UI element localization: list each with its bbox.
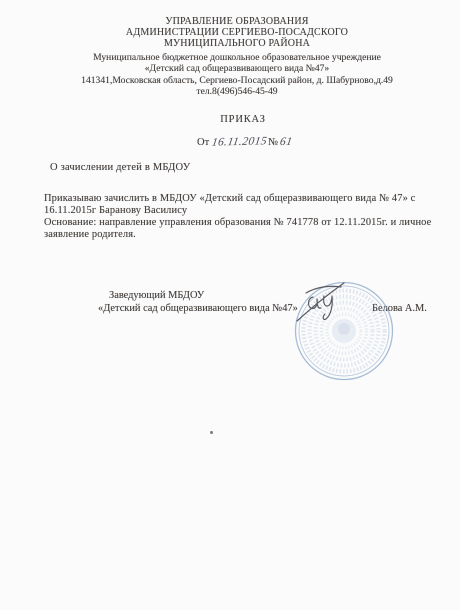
org-header: УПРАВЛЕНИЕ ОБРАЗОВАНИЯ АДМИНИСТРАЦИИ СЕР… xyxy=(14,16,460,49)
order-body-line: заявление родителя. xyxy=(44,229,431,241)
org-name-line: МУНИЦИПАЛЬНОГО РАЙОНА xyxy=(14,38,460,49)
institution-address-line: 141341,Московская область, Сергиево-Поса… xyxy=(14,75,460,86)
order-date-line: От16.11.2015№61 xyxy=(197,136,292,148)
date-prefix-label: От xyxy=(197,137,209,148)
institution-type-line: Муниципальное бюджетное дошкольное образ… xyxy=(14,52,460,63)
signer-institution-line: «Детский сад общеразвивающего вида №47» xyxy=(98,303,298,314)
institution-header: Муниципальное бюджетное дошкольное образ… xyxy=(14,52,460,97)
institution-phone-line: тел.8(496)546-45-49 xyxy=(14,86,460,97)
handwritten-order-number: 61 xyxy=(279,136,293,148)
order-body: Приказываю зачислить в МБДОУ «Детский са… xyxy=(44,193,431,241)
document-page: УПРАВЛЕНИЕ ОБРАЗОВАНИЯ АДМИНИСТРАЦИИ СЕР… xyxy=(0,0,460,610)
order-subject: О зачислении детей в МБДОУ xyxy=(50,162,190,173)
ink-dot xyxy=(210,431,213,434)
org-name-line: АДМИНИСТРАЦИИ СЕРГИЕВО-ПОСАДСКОГО xyxy=(14,27,460,38)
order-body-line: 16.11.2015г Баранову Василису xyxy=(44,205,431,217)
handwritten-signature xyxy=(294,281,348,325)
order-body-line: Приказываю зачислить в МБДОУ «Детский са… xyxy=(44,193,431,205)
handwritten-date: 16.11.2015 xyxy=(211,135,268,148)
number-sign-label: № xyxy=(268,137,278,148)
signer-position-line: Заведующий МБДОУ xyxy=(109,290,204,301)
institution-name-line: «Детский сад общеразвивающего вида №47» xyxy=(14,63,460,74)
order-body-line: Основание: направление управления образо… xyxy=(44,217,431,229)
order-title: ПРИКАЗ xyxy=(26,114,460,125)
org-name-line: УПРАВЛЕНИЕ ОБРАЗОВАНИЯ xyxy=(14,16,460,27)
